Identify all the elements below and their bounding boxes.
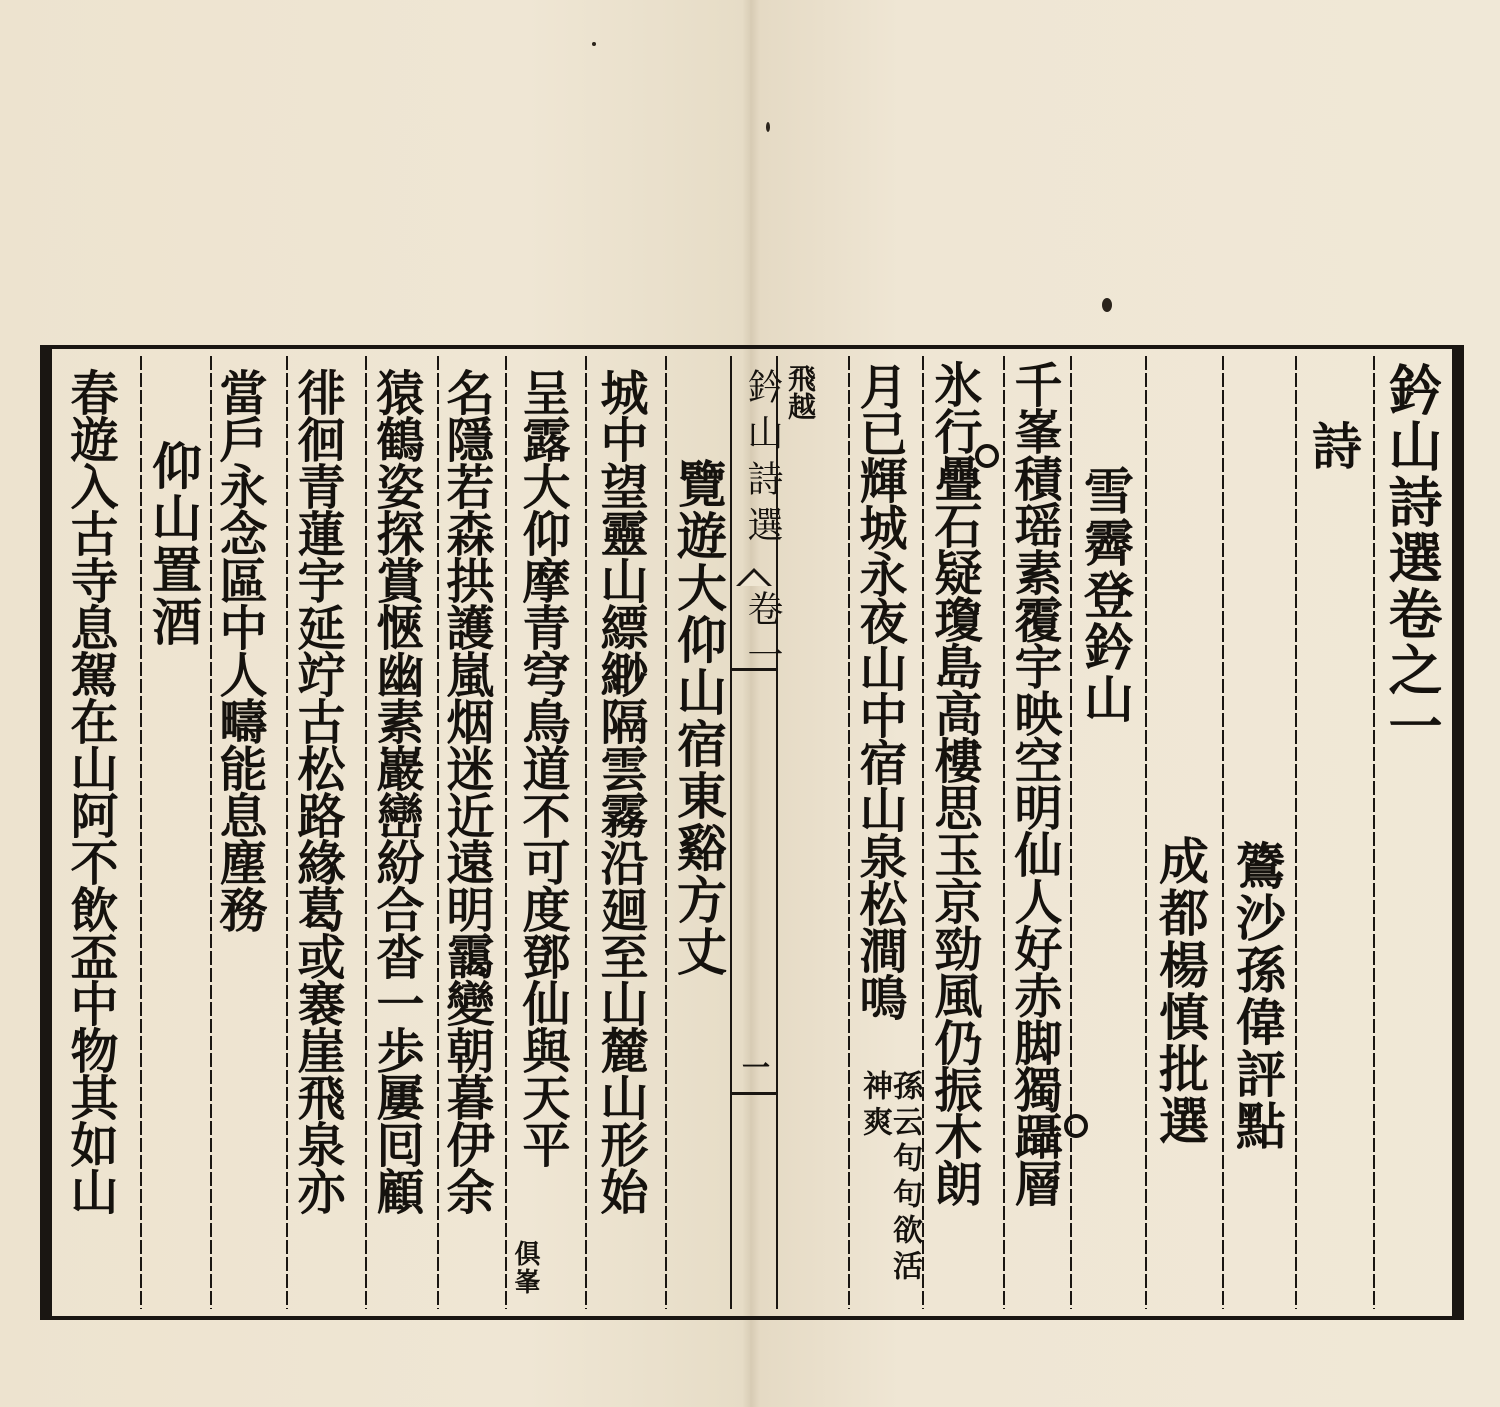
column-rule [140, 356, 142, 1309]
column-rule [505, 356, 507, 1309]
poem-line: 城中望靈山縹緲隔雲霧沿廻至山麓山形始 [596, 368, 644, 1214]
gutter-book-title: 鈐山詩選 [737, 368, 788, 552]
column-rule [1145, 356, 1147, 1309]
column-rule [585, 356, 587, 1309]
circle-punctuation-mark [975, 444, 999, 468]
section-heading: 詩 [1308, 420, 1358, 472]
poem-title: 覽遊大仰山宿東谿方丈 [673, 458, 723, 978]
fishtail-rule [732, 668, 776, 671]
column-rule [1222, 356, 1224, 1309]
column-rule [1070, 356, 1072, 1309]
frame-left-edge [40, 345, 52, 1320]
column-rule [365, 356, 367, 1309]
column-rule [1295, 356, 1297, 1309]
ink-speck [766, 122, 770, 132]
poem-title: 雪霽登鈐山 [1080, 465, 1130, 725]
column-rule [665, 356, 667, 1309]
page-number: 一 [742, 1046, 770, 1086]
book-title: 鈐山詩選卷之一 [1385, 362, 1439, 754]
circle-punctuation-mark [1064, 1114, 1088, 1138]
poem-line: 氷行疊石疑瓊島高樓思玉京勁風仍振木朗 [930, 360, 978, 1206]
poem-line: 春遊入古寺息駕在山阿不飲盃中物其如山 [66, 368, 114, 1214]
fishtail-rule [732, 1092, 776, 1095]
poem-line: 徘徊青蓮宇延竚古松路緣葛或褰崖飛泉亦 [293, 368, 341, 1214]
frame-right-edge [1452, 345, 1464, 1320]
column-rule [922, 356, 924, 1309]
column-rule [286, 356, 288, 1309]
poem-line: 當戶永念區中人疇能息塵務 [215, 368, 263, 932]
poem-line: 千峯積瑶素䨱宇映空明仙人好赤脚獨躡層 [1010, 360, 1058, 1206]
poem-line: 呈露大仰摩青穹鳥道不可度鄧仙與天平 [518, 368, 566, 1167]
commentator-credit: 鷟沙孫偉評點 [1232, 840, 1282, 1152]
poem-line: 月已輝城永夜山中宿山泉松澗鳴 [855, 362, 903, 1020]
poem-line: 猿鶴姿探賞愜幽素巖巒紛合沓一歩屢囘顧 [372, 368, 420, 1214]
column-rule [1373, 356, 1375, 1309]
commentary-note: 孫云句句欲活神爽 [855, 1070, 919, 1310]
ink-speck [1102, 298, 1112, 312]
column-rule [848, 356, 850, 1309]
commentary-note: 俱峯 [512, 1240, 538, 1296]
column-rule [1003, 356, 1005, 1309]
ink-speck [592, 42, 596, 46]
poem-title: 仰山置酒 [148, 440, 198, 648]
poem-line: 名隱若森拱護嵐烟迷近遠明靄變朝暮伊余 [442, 368, 490, 1214]
editor-credit: 成都楊慎批選 [1155, 835, 1205, 1147]
fishtail-mark-inner [740, 572, 768, 586]
